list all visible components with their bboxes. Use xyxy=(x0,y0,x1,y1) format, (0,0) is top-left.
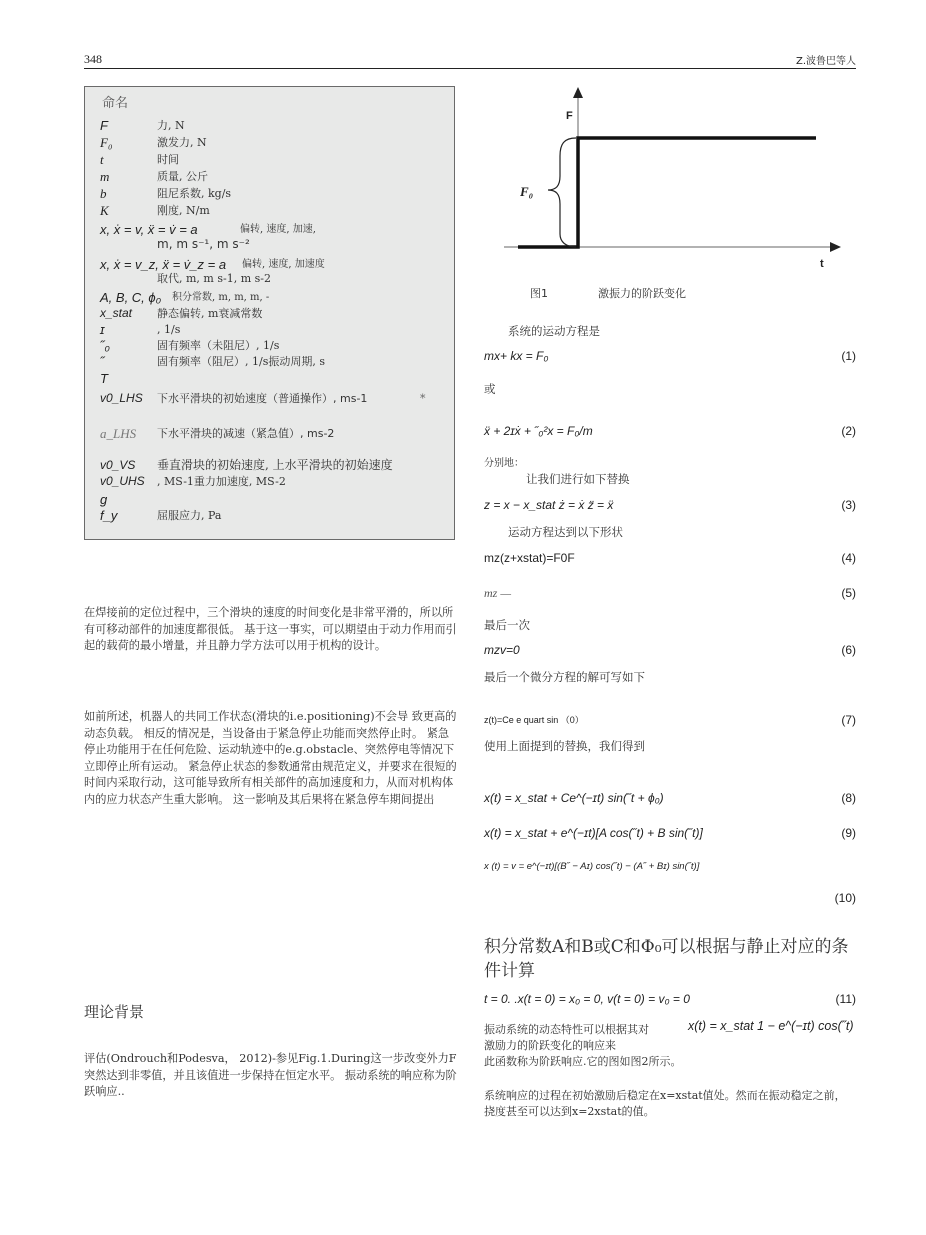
text-step-line-2: 激励力的阶跃变化的响应来 xyxy=(484,1037,616,1053)
figure-caption-text: 激振力的阶跃变化 xyxy=(598,285,686,301)
y-axis-label: F xyxy=(566,110,573,122)
equation-2: ẍ + 2ɪẋ + ˝₀²x = F₀/m xyxy=(484,424,593,438)
equation-number-11: (11) xyxy=(836,992,856,1006)
equation-number-2: (2) xyxy=(841,424,856,438)
description: 屈服应力, Pa xyxy=(157,509,221,522)
brace-label: F₀ xyxy=(520,184,533,200)
equation-7: z(t)=Ce e quart sin （0） xyxy=(484,713,584,726)
section-title-theory: 理论背景 xyxy=(84,1001,144,1022)
text-equation-form: 运动方程达到以下形状 xyxy=(508,524,623,540)
equation-number-5: (5) xyxy=(841,586,856,600)
description: , MS-1重力加速度, MS-2 xyxy=(157,475,286,488)
running-header-authors: Z.波鲁巴等人 xyxy=(796,52,856,67)
symbol: x, ẋ = v, ẍ = v̇ = a xyxy=(100,223,170,236)
equation-number-7: (7) xyxy=(841,713,856,727)
description: 偏转, 速度, 加速度 xyxy=(242,258,325,271)
description: 质量, 公斤 xyxy=(157,170,208,183)
equation-3: z = x − x_stat ż = ẋ z̈ = ẍ xyxy=(484,498,613,512)
page-number: 348 xyxy=(84,52,102,67)
description: 固有频率（未阻尼）, 1/s xyxy=(157,339,279,352)
equation-4: mz(z+xstat)=F0F xyxy=(484,551,575,565)
equation-number-8: (8) xyxy=(841,791,856,805)
description: 时间 xyxy=(157,153,179,166)
text-or: 或 xyxy=(484,381,496,397)
description: 激发力, N xyxy=(157,136,207,149)
description: 取代, m, m s-1, m s-2 xyxy=(157,272,271,285)
description: 力, N xyxy=(157,119,185,132)
paragraph-step-response: 评估(Ondrouch和Podesva， 2012)-参见Fig.1.Durin… xyxy=(84,1051,459,1101)
footnote-mark: * xyxy=(420,392,426,405)
description: 固有频率（阻尼）, 1/s振动周期, s xyxy=(157,355,325,368)
equation-number-1: (1) xyxy=(841,349,856,363)
symbol: x, ẋ = v_z, ẍ = v̇_z = a xyxy=(100,258,170,271)
equation-9: x(t) = x_stat + e^(−ɪt)[A cos(˝t) + B si… xyxy=(484,826,703,840)
equation-6: mzv=0 xyxy=(484,643,520,657)
nomenclature-box: 命名 F 力, N F₀ 激发力, N t 时间 m 质量, 公斤 b 阻尼系数… xyxy=(84,86,455,540)
description: , 1/s xyxy=(157,323,180,336)
text-finally: 最后一次 xyxy=(484,617,530,633)
paragraph-emergency-stop: 如前所述，机器人的共同工作状态(滑块的i.e.positioning)不会导 致… xyxy=(84,709,459,808)
nomenclature-title: 命名 xyxy=(102,92,128,111)
equation-10: x (t) = v = e^(−ɪt)[(B˝ − Aɪ) cos(˝t) − … xyxy=(484,861,699,872)
text-step-line-3: 此函数称为阶跃响应.它的图如图2所示。 xyxy=(484,1053,682,1069)
integration-constants-heading: 积分常数A和B或C和Φ₀可以根据与静止对应的条件计算 xyxy=(484,935,864,983)
description: 偏转, 速度, 加速, xyxy=(240,223,316,236)
text-using-substitution: 使用上面提到的替换，我们得到 xyxy=(484,738,645,754)
symbol: g xyxy=(100,493,170,506)
text-substitution-intro: 让我们进行如下替换 xyxy=(526,471,630,487)
figure-step-force: F t F₀ xyxy=(484,84,854,264)
description: 积分常数, m, m, m, - xyxy=(172,291,269,304)
equation-number-9: (9) xyxy=(841,826,856,840)
step-force-graph xyxy=(484,84,854,274)
description: 刚度, N/m xyxy=(157,204,210,217)
equation-8: x(t) = x_stat + Ce^(−ɪt) sin(˝t + ϕ₀) xyxy=(484,791,664,805)
equation-1: mx+ kx = F₀ xyxy=(484,349,548,363)
text-final-paragraph: 系统响应的过程在初始激励后稳定在x=xstat值处。然而在振动稳定之前，挠度甚至… xyxy=(484,1088,856,1120)
text-step-line-1: 振动系统的动态特性可以根据其对 xyxy=(484,1021,649,1037)
description: 阻尼系数, kg/s xyxy=(157,187,231,200)
description: 下水平滑块的减速（紧急值）, ms-2 xyxy=(157,427,334,440)
description: 垂直滑块的初始速度, 上水平滑块的初始速度 xyxy=(157,459,393,472)
equation-number-3: (3) xyxy=(841,498,856,512)
description: 下水平滑块的初始速度（普通操作）, ms-1 xyxy=(157,392,367,405)
description: m, m s⁻¹, m s⁻² xyxy=(157,238,250,251)
figure-caption-number: 图1 xyxy=(530,285,548,301)
header-rule xyxy=(84,68,856,69)
text-solution-intro: 最后一个微分方程的解可写如下 xyxy=(484,669,645,685)
equation-number-4: (4) xyxy=(841,551,856,565)
equation-number-10: (10) xyxy=(835,891,856,905)
x-axis-label: t xyxy=(820,258,824,270)
symbol: A, B, C, ϕ₀ xyxy=(100,291,170,304)
text-respectively: 分别地： xyxy=(484,454,524,469)
paragraph-positioning: 在焊接前的定位过程中，三个滑块的速度的时间变化是非常平滑的，所以所有可移动部件的… xyxy=(84,605,459,655)
inline-step-response-equation: x(t) = x_stat 1 − e^(−ɪt) cos(˝t) xyxy=(688,1019,854,1033)
equation-number-6: (6) xyxy=(841,643,856,657)
description: 静态偏转, m衰减常数 xyxy=(157,307,262,320)
text-intro: 系统的运动方程是 xyxy=(508,323,600,339)
equation-11: t = 0. .x(t = 0) = x₀ = 0, v(t = 0) = v₀… xyxy=(484,992,690,1006)
symbol: T xyxy=(100,372,170,385)
equation-5: mz — xyxy=(484,586,511,601)
